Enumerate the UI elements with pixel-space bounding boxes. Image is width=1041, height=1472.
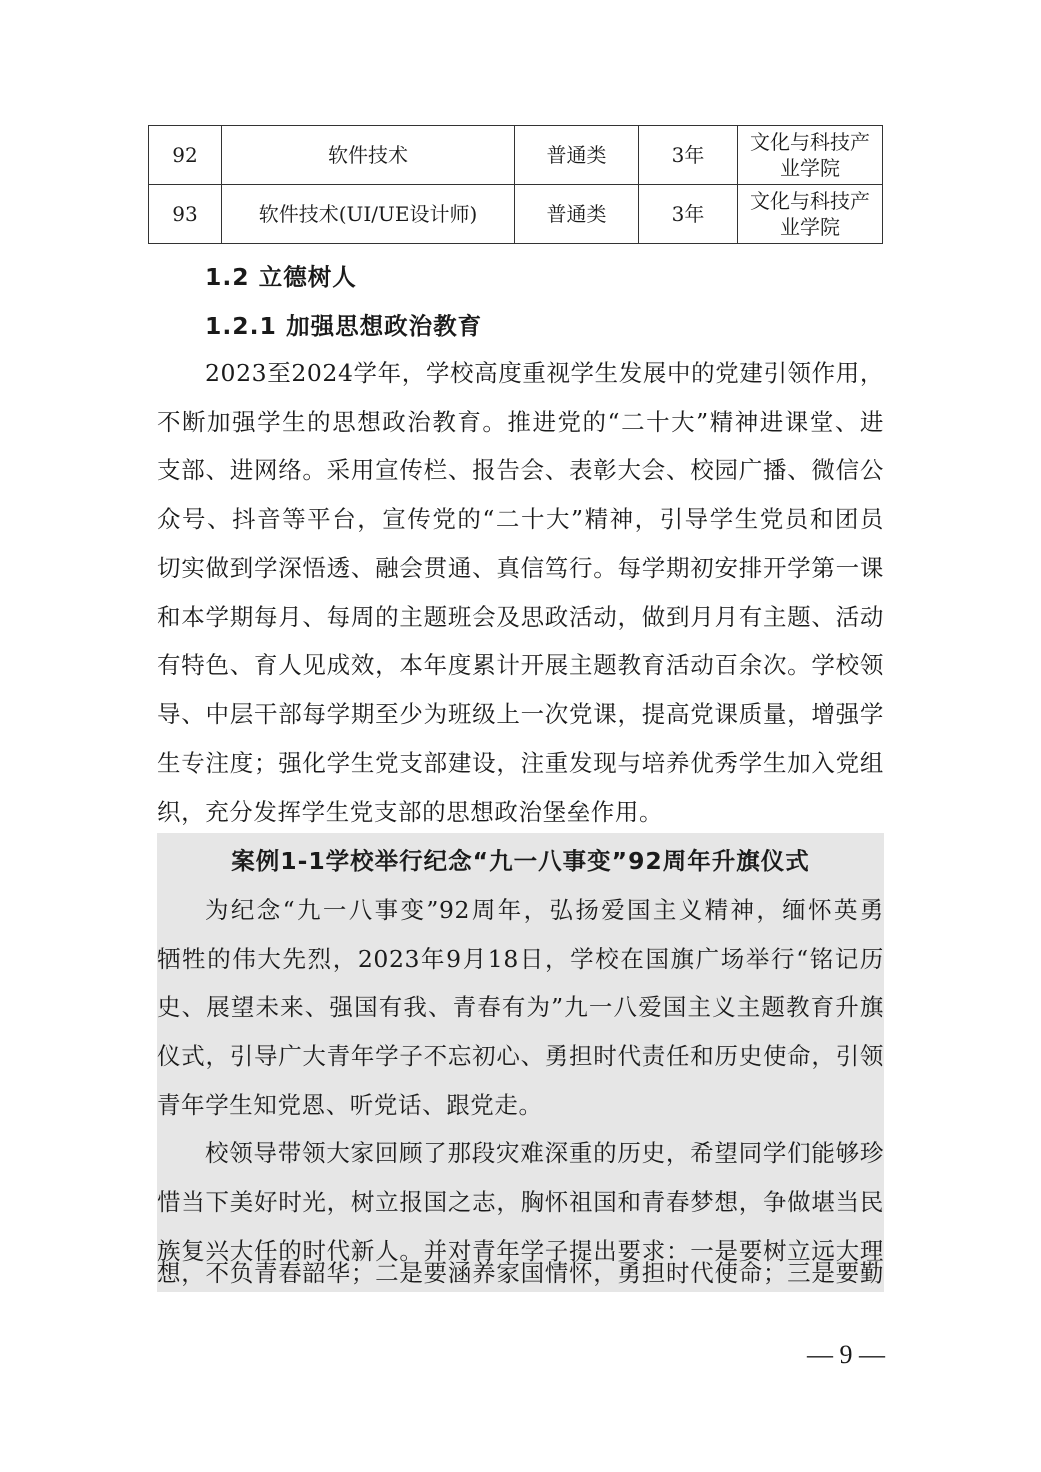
college-name: 文化与科技产业学院: [745, 188, 875, 240]
case-line: 校领导带领大家回顾了那段灾难深重的历史，希望同学们能够珍: [157, 1129, 884, 1178]
case-line: 仪式，引导广大青年学子不忘初心、勇担时代责任和历史使命，引领: [157, 1032, 884, 1081]
paragraph-line: 2023至2024学年，学校高度重视学生发展中的党建引领作用，: [157, 349, 884, 398]
college-cell: 文化与科技产业学院: [738, 126, 883, 185]
case-title: 案例1-1学校举行纪念“九一八事变”92周年升旗仪式: [157, 837, 884, 886]
paragraph-line: 和本学期每月、每周的主题班会及思政活动，做到月月有主题、活动: [157, 593, 884, 642]
paragraph-line: 生专注度；强化学生党支部建设，注重发现与培养优秀学生加入党组: [157, 739, 884, 788]
majors-table: 92 软件技术 普通类 3年 文化与科技产业学院 93 软件技术(UI/UE设计…: [148, 125, 883, 244]
row-number: 92: [149, 126, 222, 185]
case-line: 牺牲的伟大先烈，2023年9月18日，学校在国旗广场举行“铭记历: [157, 935, 884, 984]
paragraph-line: 支部、进网络。采用宣传栏、报告会、表彰大会、校园广播、微信公: [157, 446, 884, 495]
table-row: 92 软件技术 普通类 3年 文化与科技产业学院: [149, 126, 883, 185]
major-name: 软件技术: [222, 126, 515, 185]
major-name: 软件技术(UI/UE设计师): [222, 185, 515, 244]
case-line: 青年学生知党恩、听党话、跟党走。: [157, 1081, 884, 1130]
table-row: 93 软件技术(UI/UE设计师) 普通类 3年 文化与科技产业学院: [149, 185, 883, 244]
college-name: 文化与科技产业学院: [745, 129, 875, 181]
paragraph-line: 织，充分发挥学生党支部的思想政治堡垒作用。: [157, 788, 884, 837]
paragraph-line: 众号、抖音等平台，宣传党的“二十大”精神，引导学生党员和团员: [157, 495, 884, 544]
paragraph-line: 导、中层干部每学期至少为班级上一次党课，提高党课质量，增强学: [157, 690, 884, 739]
college-cell: 文化与科技产业学院: [738, 185, 883, 244]
subsection-heading: 1.2.1 加强思想政治教育: [157, 302, 884, 351]
major-type: 普通类: [515, 185, 639, 244]
case-line: 为纪念“九一八事变”92周年，弘扬爱国主义精神，缅怀英勇: [157, 886, 884, 935]
paragraph-line: 不断加强学生的思想政治教育。推进党的“二十大”精神进课堂、进: [157, 398, 884, 447]
case-line: 想，不负青春韶华；二是要涵养家国情怀，勇担时代使命；三是要勤: [157, 1249, 884, 1298]
page-number: — 9 —: [790, 1340, 885, 1370]
case-line: 史、展望未来、强国有我、青春有为”九一八爱国主义主题教育升旗: [157, 983, 884, 1032]
paragraph-line: 有特色、育人见成效，本年度累计开展主题教育活动百余次。学校领: [157, 641, 884, 690]
paragraph-line: 切实做到学深悟透、融会贯通、真信笃行。每学期初安排开学第一课: [157, 544, 884, 593]
major-type: 普通类: [515, 126, 639, 185]
case-line: 惜当下美好时光，树立报国之志，胸怀祖国和青春梦想，争做堪当民: [157, 1178, 884, 1227]
duration: 3年: [639, 126, 738, 185]
section-heading: 1.2 立德树人: [157, 253, 884, 302]
row-number: 93: [149, 185, 222, 244]
duration: 3年: [639, 185, 738, 244]
